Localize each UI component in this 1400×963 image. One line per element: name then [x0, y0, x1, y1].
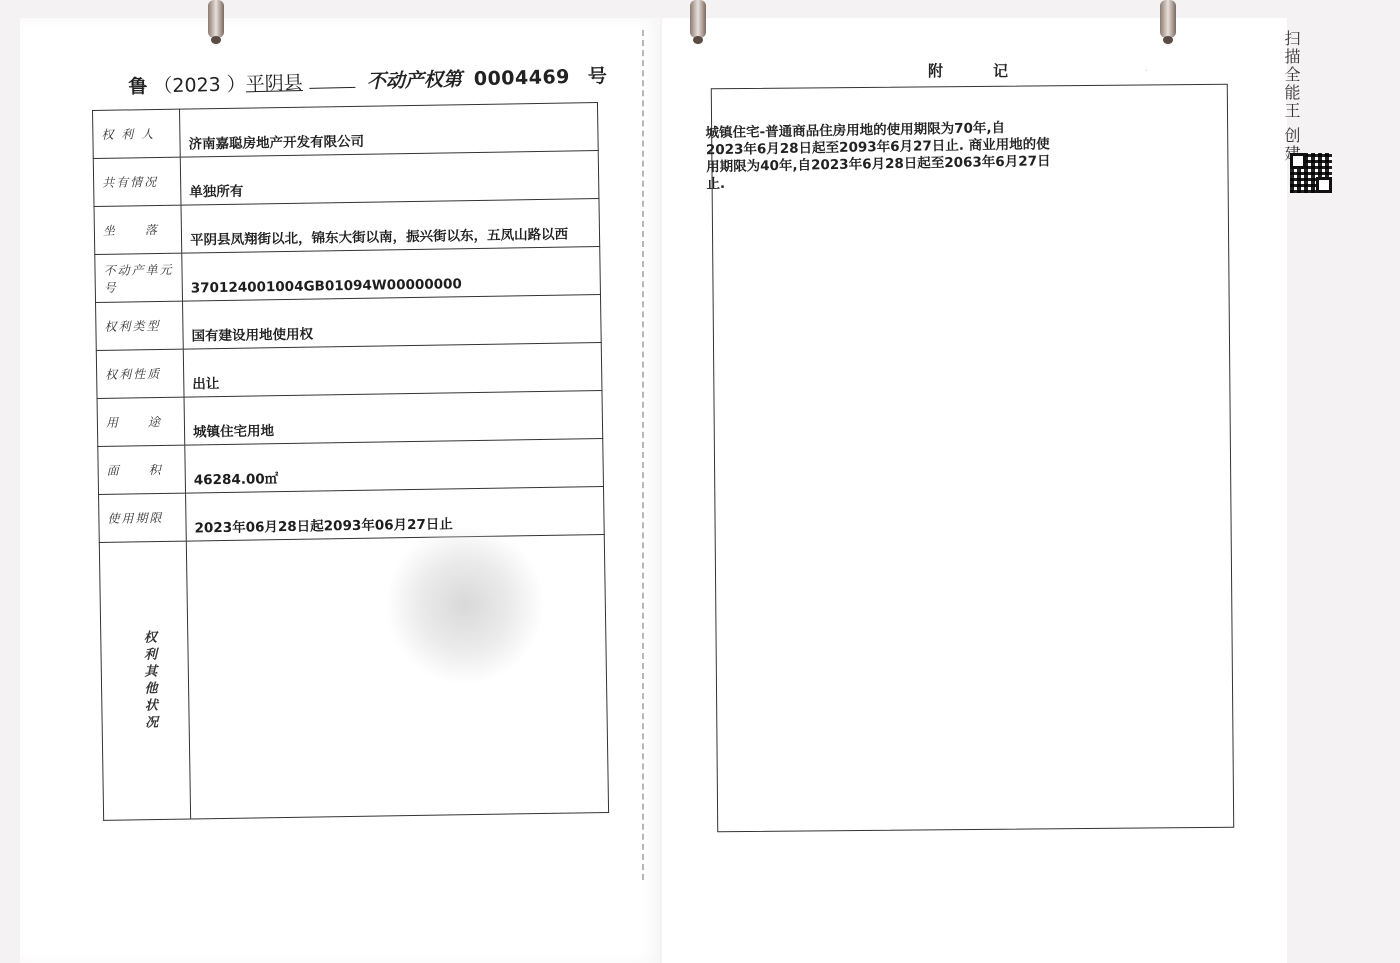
field-value: 单独所有 [180, 151, 599, 206]
table-row: 权 利 人济南嘉聪房地产开发有限公司 [93, 103, 599, 159]
annex-title: 附记 [928, 60, 1058, 81]
field-label: 不动产单元号 [95, 253, 183, 302]
number-suffix: 号 [588, 65, 608, 87]
field-value: 46284.00㎡ [185, 439, 604, 494]
province-abbr: 鲁 [128, 76, 148, 98]
annex-box [711, 84, 1234, 832]
field-value: 国有建设用地使用权 [183, 295, 602, 350]
other-rights-label: 权利其他状况 [99, 541, 190, 820]
property-rights-table: 权 利 人济南嘉聪房地产开发有限公司共有情况单独所有坐 落平阴县凤翔街以北，锦东… [92, 102, 609, 821]
table-row: 面 积46284.00㎡ [98, 439, 604, 495]
faint-mark: · [1145, 66, 1148, 77]
field-value: 城镇住宅用地 [184, 391, 603, 446]
qr-code-icon [1290, 153, 1332, 193]
field-label: 使用期限 [99, 493, 187, 542]
table-row: 权利类型国有建设用地使用权 [96, 295, 602, 351]
table-row: 共有情况单独所有 [93, 151, 599, 207]
field-value: 370124001004GB01094W00000000 [182, 247, 601, 302]
field-label: 用 途 [97, 397, 185, 446]
scanner-watermark: 扫描全能王 创建 [1280, 30, 1303, 163]
binder-ring-icon [208, 0, 224, 38]
blank-underline [309, 87, 355, 89]
table-row: 坐 落平阴县凤翔街以北，锦东大街以南，振兴街以东，五凤山路以西 [94, 199, 600, 255]
field-label: 坐 落 [94, 205, 182, 254]
field-value: 济南嘉聪房地产开发有限公司 [179, 103, 598, 158]
year-open: （2023 [153, 74, 221, 98]
certificate-kind: 不动产权第 [367, 68, 462, 92]
field-label: 面 积 [98, 445, 186, 494]
field-label: 权利类型 [96, 301, 184, 350]
county: 平阴县 [246, 72, 304, 95]
binding-gutter [642, 30, 652, 880]
field-label: 权利性质 [96, 349, 184, 398]
table-row: 不动产单元号370124001004GB01094W00000000 [95, 247, 601, 303]
table-row: 权利性质出让 [96, 343, 602, 399]
annex-text: 城镇住宅-普通商品住房用地的使用期限为70年,自2023年6月28日起至2093… [705, 119, 1076, 193]
field-value: 平阴县凤翔街以北，锦东大街以南，振兴街以东，五凤山路以西 [181, 199, 600, 254]
field-label: 共有情况 [93, 157, 181, 206]
field-label: 权 利 人 [93, 109, 181, 158]
other-rights-label-text: 权利其他状况 [139, 630, 160, 732]
binder-ring-icon [1160, 0, 1176, 38]
year-close: ） [227, 73, 247, 95]
official-seal [385, 525, 545, 685]
field-value: 出让 [183, 343, 602, 398]
certificate-number: 0004469 [474, 66, 571, 90]
table-row: 用 途城镇住宅用地 [97, 391, 603, 447]
binder-ring-icon [690, 0, 706, 38]
